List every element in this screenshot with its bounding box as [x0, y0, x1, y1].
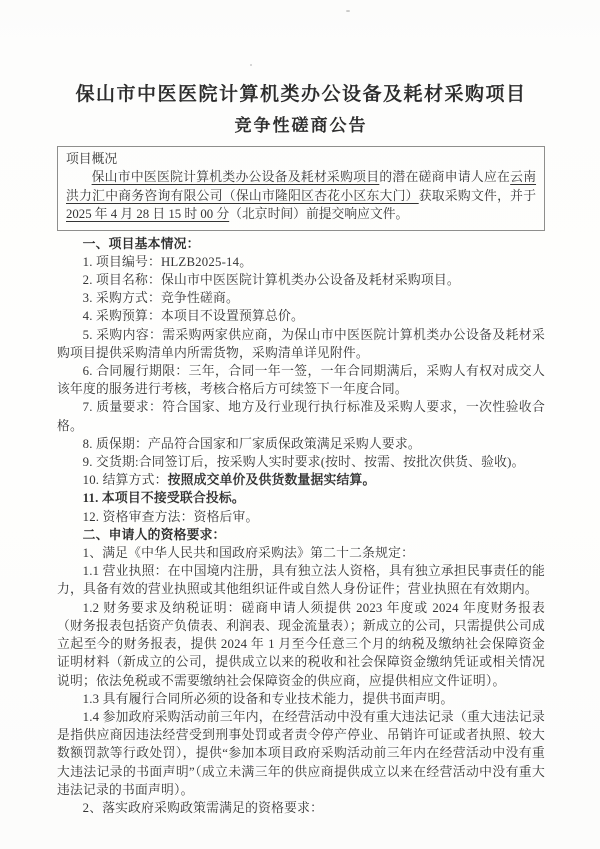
- document-subtitle: 竞争性磋商公告: [57, 114, 545, 138]
- overview-segment: （北京时间）前提交响应文件。: [229, 207, 408, 221]
- section2-item-2: 2、落实政府采购政策需满足的资格要求：: [57, 799, 545, 817]
- section1-item-10: 10. 结算方式：按照成交单价及供货数量据实结算。: [57, 471, 545, 489]
- section1-item-12: 12. 资格审查方法：资格后审。: [57, 508, 545, 526]
- section1-item-8: 8. 质保期：产品符合国家和厂家质保政策满足采购人要求。: [57, 435, 545, 453]
- overview-segment-project: 保山市中医医院计算机类办公设备及耗材采购项目: [92, 170, 380, 184]
- section1-item-2: 2. 项目名称：保山市中医医院计算机类办公设备及耗材采购项目。: [57, 271, 545, 289]
- settlement-label: 10. 结算方式：: [83, 473, 168, 487]
- overview-label: 项目概况: [66, 150, 536, 168]
- document-content: 保山市中医医院计算机类办公设备及耗材采购项目 竞争性磋商公告 项目概况 保山市中…: [57, 82, 545, 817]
- scan-speck: [346, 10, 350, 12]
- overview-segment: 的潜在磋商申请人应在: [379, 170, 510, 184]
- section2-item-1-4: 1.4 参加政府采购活动前三年内，在经营活动中没有重大违法记录（重大违法记录是指…: [57, 708, 545, 799]
- document-page: 保山市中医医院计算机类办公设备及耗材采购项目 竞争性磋商公告 项目概况 保山市中…: [0, 0, 600, 849]
- section2-heading: 二、申请人的资格要求：: [57, 526, 545, 544]
- overview-segment: 获取采购文件，并于: [419, 189, 536, 203]
- overview-segment-deadline: 2025 年 4 月 28 日 15 时 00 分: [66, 207, 229, 221]
- section1-heading: 一、项目基本情况：: [57, 235, 545, 253]
- section1-item-11: 11. 本项目不接受联合投标。: [57, 489, 545, 507]
- scan-speck: [250, 64, 252, 66]
- document-title: 保山市中医医院计算机类办公设备及耗材采购项目: [57, 82, 545, 108]
- section1-item-6: 6. 合同履行期限：三年，合同一年一签，一年合同期满后，采购人有权对成交人该年度…: [57, 362, 545, 398]
- section1-item-5: 5. 采购内容：需采购两家供应商，为保山市中医医院计算机类办公设备及耗材采购项目…: [57, 326, 545, 362]
- overview-paragraph: 保山市中医医院计算机类办公设备及耗材采购项目的潜在磋商申请人应在云南洪力汇中商务…: [66, 168, 536, 223]
- section1-item-7: 7. 质量要求：符合国家、地方及行业现行执行标准及采购人要求，一次性验收合格。: [57, 398, 545, 434]
- document-body: 一、项目基本情况： 1. 项目编号：HLZB2025-14。 2. 项目名称：保…: [57, 235, 545, 818]
- section1-item-9: 9. 交货期:合同签订后，按采购人实时要求(按时、按需、按批次供货、验收)。: [57, 453, 545, 471]
- project-overview-box: 项目概况 保山市中医医院计算机类办公设备及耗材采购项目的潜在磋商申请人应在云南洪…: [57, 146, 545, 231]
- section2-item-1: 1、满足《中华人民共和国政府采购法》第二十二条规定：: [57, 544, 545, 562]
- section2-item-1-2: 1.2 财务要求及纳税证明：磋商申请人须提供 2023 年度或 2024 年度财…: [57, 599, 545, 690]
- section2-item-1-1: 1.1 营业执照：在中国境内注册，具有独立法人资格，具有独立承担民事责任的能力，…: [57, 562, 545, 598]
- section2-item-1-3: 1.3 具有履行合同所必须的设备和专业技术能力，提供书面声明。: [57, 690, 545, 708]
- section1-item-4: 4. 采购预算：本项目不设置预算总价。: [57, 307, 545, 325]
- settlement-value: 按照成交单价及供货数量据实结算。: [168, 473, 376, 487]
- section1-item-3: 3. 采购方式：竞争性磋商。: [57, 289, 545, 307]
- section1-item-1: 1. 项目编号：HLZB2025-14。: [57, 253, 545, 271]
